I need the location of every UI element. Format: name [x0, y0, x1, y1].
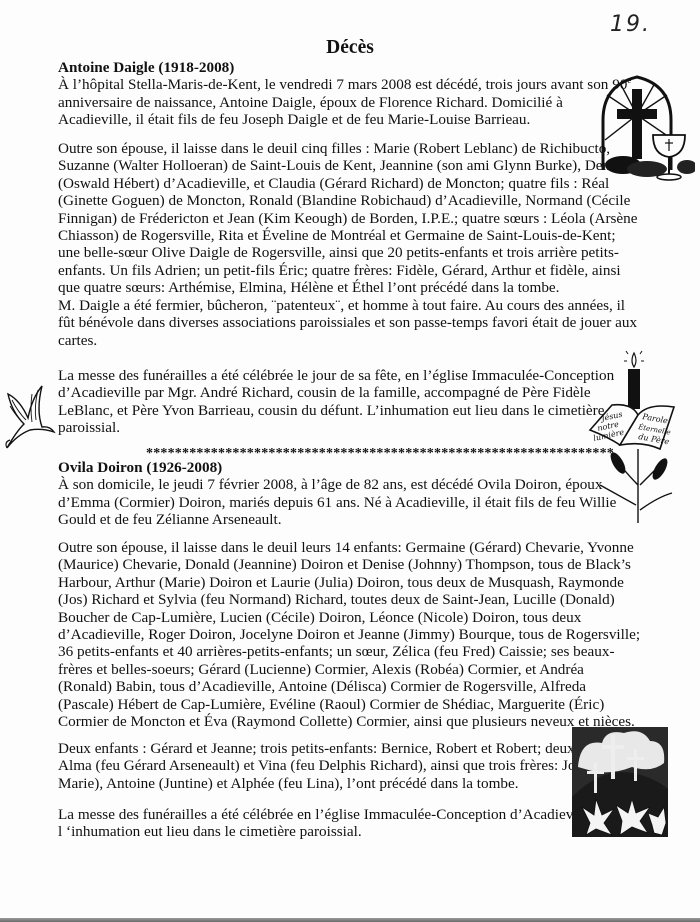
paragraph-line: l ‘inhumation eut lieu dans le cimetière…	[58, 823, 607, 840]
cross-chalice-icon	[595, 75, 695, 185]
obituary-antoine-daigle: Antoine Daigle (1918-2008) À l’hôpital S…	[58, 59, 631, 129]
paragraph-line: paroissial.	[58, 419, 614, 436]
paragraph-line: La messe des funérailles a été célébrée …	[58, 806, 607, 823]
paragraph-line: Boucher de Cap-Lumière, Lucien (Cécile) …	[58, 609, 640, 626]
paragraph-line: d’Emma (Cormier) Doiron, mariés depuis 6…	[58, 494, 616, 511]
candle-book-wheat-icon: Jésus notre lumière Parole Éternelle du …	[582, 345, 700, 525]
page-number: 19.	[610, 12, 651, 37]
paragraph-line: anniversaire de naissance, Antoine Daigl…	[58, 94, 631, 111]
paragraph-line: (Jos) Richard et Sylvia (feu Normand) Ri…	[58, 591, 640, 608]
obituary-2-funeral-paragraph: La messe des funérailles a été célébrée …	[58, 806, 607, 841]
paragraph-line: Alma (feu Gérard Arseneault) et Vina (fe…	[58, 757, 619, 774]
obituary-ovila-doiron: Ovila Doiron (1926-2008) À son domicile,…	[58, 459, 616, 529]
paragraph-line: que quatre sœurs: Arthémise, Elmina, Hél…	[58, 279, 638, 296]
scan-edge	[0, 918, 700, 922]
obituary-1-funeral-paragraph: La messe des funérailles a été célébrée …	[58, 367, 614, 437]
paragraph-line: frères et belles-soeurs; Gérard (Lucienn…	[58, 661, 640, 678]
paragraph-line: cartes.	[58, 332, 637, 349]
obituary-1-career-paragraph: M. Daigle a été fermier, bûcheron, ¨pate…	[58, 297, 637, 349]
paragraph-line: Deux enfants : Gérard et Jeanne; trois p…	[58, 740, 619, 757]
paragraph-line: fût bénévole dans diverses associations …	[58, 314, 637, 331]
paragraph-line: Suzanne (Walter Holloeran) de Saint-Loui…	[58, 157, 638, 174]
obituary-2-family-paragraph: Outre son épouse, il laisse dans le deui…	[58, 539, 640, 730]
paragraph-line: d’Acadieville, Roger Doiron, Jocelyne Do…	[58, 626, 640, 643]
paragraph-line: M. Daigle a été fermier, bûcheron, ¨pate…	[58, 297, 637, 314]
obituary-heading: Ovila Doiron (1926-2008)	[58, 459, 616, 476]
paragraph-line: Cormier de Moncton et Éva (Raymond Colle…	[58, 713, 640, 730]
paragraph-line: Acadieville, il était fils de feu Joseph…	[58, 111, 631, 128]
paragraph-line: d’Acadieville par Mgr. André Richard, co…	[58, 384, 614, 401]
dove-icon	[2, 380, 62, 450]
paragraph-line: Chiasson) de Rogersville, Rita et Évelin…	[58, 227, 638, 244]
obituary-1-family-paragraph: Outre son épouse, il laisse dans le deui…	[58, 140, 638, 297]
page-title: Décès	[0, 37, 700, 59]
paragraph-line: (Pascale) Hébert de Cap-Lumière, Evéline…	[58, 696, 640, 713]
paragraph-line: Outre son épouse, il laisse dans le deui…	[58, 140, 638, 157]
paragraph-line: Marie), Antoine (Juntine) et Alphée (feu…	[58, 775, 619, 792]
three-crosses-lilies-icon	[572, 727, 668, 837]
paragraph-line: une belle-sœur Olive Daigle de Rogersvil…	[58, 244, 638, 261]
paragraph-line: (Maurice) Chevarie, Donald (Jeannine) Do…	[58, 556, 640, 573]
paragraph-line: Outre son épouse, il laisse dans le deui…	[58, 539, 640, 556]
paragraph-line: La messe des funérailles a été célébrée …	[58, 367, 614, 384]
paragraph-line: Gould et de feu Zélianne Arseneault.	[58, 511, 616, 528]
obituary-heading: Antoine Daigle (1918-2008)	[58, 59, 631, 76]
paragraph-line: (Ginette Goguen) de Moncton, Ronald (Bla…	[58, 192, 638, 209]
paragraph-line: LeBlanc, et Père Yvon Barrieau, cousin d…	[58, 402, 614, 419]
paragraph-line: Finnigan) de Frédericton et Jean (Kim Ke…	[58, 210, 638, 227]
paragraph-line: 36 petits-enfants et 40 arrières-petits-…	[58, 643, 640, 660]
paragraph-line: À l’hôpital Stella-Maris-de-Kent, le ven…	[58, 76, 631, 93]
paragraph-line: À son domicile, le jeudi 7 février 2008,…	[58, 476, 616, 493]
paragraph-line: (Oswald Hébert) d’Acadieville, et Claudi…	[58, 175, 638, 192]
obituary-2-predeceased-paragraph: Deux enfants : Gérard et Jeanne; trois p…	[58, 740, 619, 792]
paragraph-line: enfants. Un fils Adrien; un petit-fils É…	[58, 262, 638, 279]
paragraph-line: (Ronald) Babin, tous d’Acadieville, Anto…	[58, 678, 640, 695]
paragraph-line: Harbour, Arthur (Marie) Doiron et Laurie…	[58, 574, 640, 591]
